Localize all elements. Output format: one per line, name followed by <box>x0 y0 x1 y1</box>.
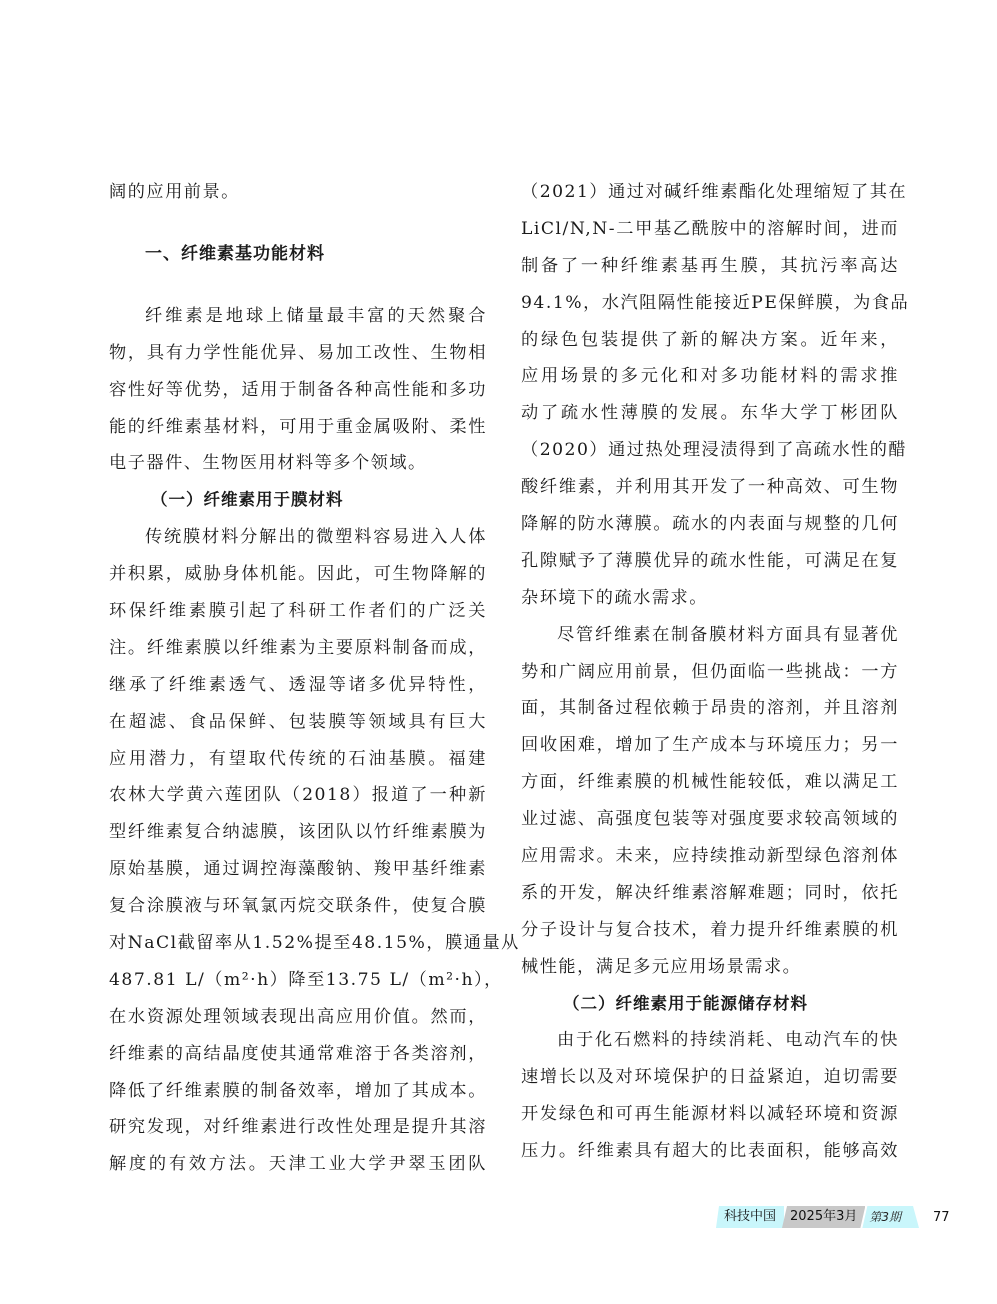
text-line: 继承了纤维素透气、透湿等诸多优异特性， <box>109 667 487 704</box>
text-line: 纤维素的高结晶度使其通常难溶于各类溶剂， <box>109 1036 487 1073</box>
text-line: 容性好等优势，适用于制备各种高性能和多功 <box>109 372 487 409</box>
text-line: 尽管纤维素在制备膜材料方面具有显著优 <box>521 617 899 654</box>
text-line: 应用场景的多元化和对多功能材料的需求推 <box>521 358 899 395</box>
text-line: 酸纤维素，并利用其开发了一种高效、可生物 <box>521 469 899 506</box>
text-line: 电子器件、生物医用材料等多个领域。 <box>109 445 487 482</box>
text-line: 由于化石燃料的持续消耗、电动汽车的快 <box>521 1022 899 1059</box>
subsection-heading: （一）纤维素用于膜材料 <box>109 482 487 519</box>
subsection-heading: （二）纤维素用于能源储存材料 <box>521 986 899 1023</box>
text-line: 方面，纤维素膜的机械性能较低，难以满足工 <box>521 764 899 801</box>
paragraph: 纤维素是地球上储量最丰富的天然聚合 物，具有力学性能优异、易加工改性、生物相 容… <box>109 298 487 482</box>
text-line: 动了疏水性薄膜的发展。东华大学丁彬团队 <box>521 395 899 432</box>
text-line: 分子设计与复合技术，着力提升纤维素膜的机 <box>521 912 899 949</box>
page-footer: 科技中国 2025年3月 第3期 77 <box>716 1206 950 1228</box>
text-line: 杂环境下的疏水需求。 <box>521 580 899 617</box>
page-number: 77 <box>933 1210 950 1225</box>
text-line: 农林大学黄六莲团队（2018）报道了一种新 <box>109 777 487 814</box>
text-line: 应用需求。未来，应持续推动新型绿色溶剂体 <box>521 838 899 875</box>
paragraph: （2021）通过对碱纤维素酯化处理缩短了其在 LiCl/N,N-二甲基乙酰胺中的… <box>521 174 899 617</box>
text-line: 复合涂膜液与环氧氯丙烷交联条件，使复合膜 <box>109 888 487 925</box>
text-line: 注。纤维素膜以纤维素为主要原料制备而成， <box>109 630 487 667</box>
issue-number: 第3期 <box>862 1206 919 1228</box>
text-line: 孔隙赋予了薄膜优异的疏水性能，可满足在复 <box>521 543 899 580</box>
text-line: 制备了一种纤维素基再生膜，其抗污率高达 <box>521 248 899 285</box>
text-line: 的绿色包装提供了新的解决方案。近年来， <box>521 322 899 359</box>
text-line: 在超滤、食品保鲜、包装膜等领域具有巨大 <box>109 704 487 741</box>
text-line: 开发绿色和可再生能源材料以减轻环境和资源 <box>521 1096 899 1133</box>
text-line: 环保纤维素膜引起了科研工作者们的广泛关 <box>109 593 487 630</box>
left-column: 阔的应用前景。 一、纤维素基功能材料 纤维素是地球上储量最丰富的天然聚合 物，具… <box>109 174 487 1183</box>
text-line: 487.81 L/（m²·h）降至13.75 L/（m²·h）， <box>109 962 487 999</box>
text-line: 业过滤、高强度包装等对强度要求较高领域的 <box>521 801 899 838</box>
section-heading: 一、纤维素基功能材料 <box>109 226 487 283</box>
text-line: 势和广阔应用前景，但仍面临一些挑战：一方 <box>521 654 899 691</box>
paragraph: 由于化石燃料的持续消耗、电动汽车的快 速增长以及对环境保护的日益紧迫，迫切需要 … <box>521 1022 899 1170</box>
text-line: 物，具有力学性能优异、易加工改性、生物相 <box>109 335 487 372</box>
text-line: 系的开发，解决纤维素溶解难题；同时，依托 <box>521 875 899 912</box>
right-column: （2021）通过对碱纤维素酯化处理缩短了其在 LiCl/N,N-二甲基乙酰胺中的… <box>521 174 899 1170</box>
text-line: 回收困难，增加了生产成本与环境压力；另一 <box>521 727 899 764</box>
paragraph: 传统膜材料分解出的微塑料容易进入人体 并积累，威胁身体机能。因此，可生物降解的 … <box>109 519 487 1183</box>
paragraph: 尽管纤维素在制备膜材料方面具有显著优 势和广阔应用前景，但仍面临一些挑战：一方 … <box>521 617 899 986</box>
text-line: LiCl/N,N-二甲基乙酰胺中的溶解时间，进而 <box>521 211 899 248</box>
text-line: 面，其制备过程依赖于昂贵的溶剂，并且溶剂 <box>521 690 899 727</box>
text-line: 降低了纤维素膜的制备效率，增加了其成本。 <box>109 1073 487 1110</box>
magazine-name: 科技中国 <box>716 1206 784 1228</box>
text-line: 型纤维素复合纳滤膜，该团队以竹纤维素膜为 <box>109 814 487 851</box>
issue-date: 2025年3月 <box>782 1206 865 1228</box>
text-line: 在水资源处理领域表现出高应用价值。然而， <box>109 999 487 1036</box>
text-line: 对NaCl截留率从1.52%提至48.15%，膜通量从 <box>109 925 487 962</box>
text-line: 械性能，满足多元应用场景需求。 <box>521 949 899 986</box>
text-line: 阔的应用前景。 <box>109 174 487 211</box>
text-line: （2021）通过对碱纤维素酯化处理缩短了其在 <box>521 174 899 211</box>
text-line: 并积累，威胁身体机能。因此，可生物降解的 <box>109 556 487 593</box>
text-line: 94.1%，水汽阻隔性能接近PE保鲜膜，为食品 <box>521 285 899 322</box>
text-line: 解度的有效方法。天津工业大学尹翠玉团队 <box>109 1146 487 1183</box>
text-line: （2020）通过热处理浸渍得到了高疏水性的醋 <box>521 432 899 469</box>
text-line: 原始基膜，通过调控海藻酸钠、羧甲基纤维素 <box>109 851 487 888</box>
text-line: 应用潜力，有望取代传统的石油基膜。福建 <box>109 741 487 778</box>
text-line: 压力。纤维素具有超大的比表面积，能够高效 <box>521 1133 899 1170</box>
text-line: 纤维素是地球上储量最丰富的天然聚合 <box>109 298 487 335</box>
text-line: 降解的防水薄膜。疏水的内表面与规整的几何 <box>521 506 899 543</box>
text-line: 传统膜材料分解出的微塑料容易进入人体 <box>109 519 487 556</box>
text-line: 能的纤维素基材料，可用于重金属吸附、柔性 <box>109 409 487 446</box>
text-line: 速增长以及对环境保护的日益紧迫，迫切需要 <box>521 1059 899 1096</box>
text-line: 研究发现，对纤维素进行改性处理是提升其溶 <box>109 1109 487 1146</box>
